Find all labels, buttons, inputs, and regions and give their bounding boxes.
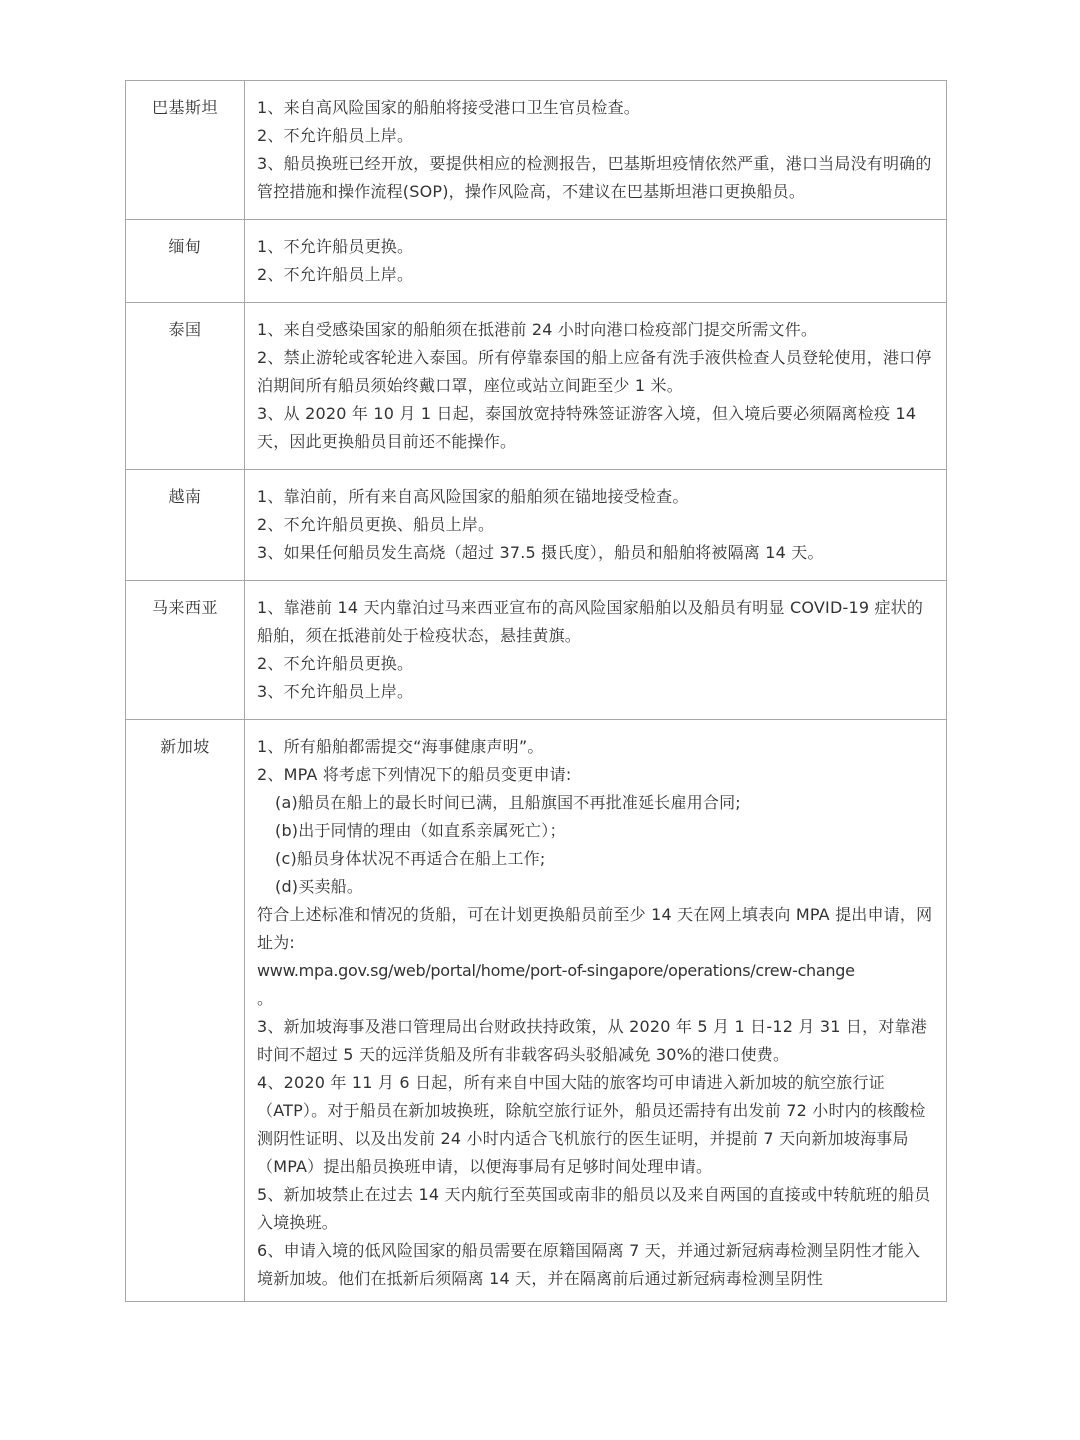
restriction-item: 1、不允许船员更换。 [257, 233, 936, 261]
restriction-item: 1、所有船舶都需提交“海事健康声明”。 [257, 733, 936, 761]
restrictions-cell: 1、不允许船员更换。 2、不允许船员上岸。 [245, 220, 947, 303]
country-cell: 巴基斯坦 [126, 81, 245, 220]
restriction-item: 6、申请入境的低风险国家的船员需要在原籍国隔离 7 天，并通过新冠病毒检测呈阴性… [257, 1237, 936, 1293]
restriction-item: 3、船员换班已经开放，要提供相应的检测报告，巴基斯坦疫情依然严重，港口当局没有明… [257, 150, 936, 206]
restriction-item: 3、如果任何船员发生高烧（超过 37.5 摄氏度），船员和船舶将被隔离 14 天… [257, 539, 936, 567]
restriction-item: 1、来自高风险国家的船舶将接受港口卫生官员检查。 [257, 94, 936, 122]
restriction-item: 3、不允许船员上岸。 [257, 678, 936, 706]
restrictions-cell: 1、来自受感染国家的船舶须在抵港前 24 小时向港口检疫部门提交所需文件。 2、… [245, 303, 947, 470]
country-cell: 泰国 [126, 303, 245, 470]
table-row-malaysia: 马来西亚 1、靠港前 14 天内靠泊过马来西亚宣布的高风险国家船舶以及船员有明显… [126, 581, 947, 720]
restrictions-cell: 1、所有船舶都需提交“海事健康声明”。 2、MPA 将考虑下列情况下的船员变更申… [245, 720, 947, 1302]
restriction-item: 4、2020 年 11 月 6 日起，所有来自中国大陆的旅客均可申请进入新加坡的… [257, 1069, 936, 1181]
country-cell: 新加坡 [126, 720, 245, 1302]
restrictions-cell: 1、来自高风险国家的船舶将接受港口卫生官员检查。 2、不允许船员上岸。 3、船员… [245, 81, 947, 220]
restriction-item: 3、从 2020 年 10 月 1 日起，泰国放宽持特殊签证游客入境，但入境后要… [257, 400, 936, 456]
restriction-item: 2、禁止游轮或客轮进入泰国。所有停靠泰国的船上应备有洗手液供检查人员登轮使用，港… [257, 344, 936, 400]
condition-item-c: (c)船员身体状况不再适合在船上工作; [257, 845, 936, 873]
restriction-item: 1、靠港前 14 天内靠泊过马来西亚宣布的高风险国家船舶以及船员有明显 COVI… [257, 594, 936, 650]
restriction-item: 2、不允许船员更换。 [257, 650, 936, 678]
country-cell: 缅甸 [126, 220, 245, 303]
restriction-item: 2、不允许船员更换、船员上岸。 [257, 511, 936, 539]
restrictions-cell: 1、靠泊前，所有来自高风险国家的船舶须在锚地接受检查。 2、不允许船员更换、船员… [245, 470, 947, 581]
restriction-item: 2、不允许船员上岸。 [257, 122, 936, 150]
url-period: 。 [257, 985, 936, 1013]
condition-item-b: (b)出于同情的理由（如直系亲属死亡）； [257, 817, 936, 845]
table-row-myanmar: 缅甸 1、不允许船员更换。 2、不允许船员上岸。 [126, 220, 947, 303]
restriction-item: 1、靠泊前，所有来自高风险国家的船舶须在锚地接受检查。 [257, 483, 936, 511]
country-cell: 马来西亚 [126, 581, 245, 720]
application-text: 符合上述标准和情况的货船，可在计划更换船员前至少 14 天在网上填表向 MPA … [257, 901, 936, 957]
restriction-item: 3、新加坡海事及港口管理局出台财政扶持政策，从 2020 年 5 月 1 日-1… [257, 1013, 936, 1069]
restrictions-cell: 1、靠港前 14 天内靠泊过马来西亚宣布的高风险国家船舶以及船员有明显 COVI… [245, 581, 947, 720]
restriction-item: 2、不允许船员上岸。 [257, 261, 936, 289]
restriction-item: 2、MPA 将考虑下列情况下的船员变更申请: [257, 761, 936, 789]
table-row-vietnam: 越南 1、靠泊前，所有来自高风险国家的船舶须在锚地接受检查。 2、不允许船员更换… [126, 470, 947, 581]
restriction-item: 5、新加坡禁止在过去 14 天内航行至英国或南非的船员以及来自两国的直接或中转航… [257, 1181, 936, 1237]
table-row-thailand: 泰国 1、来自受感染国家的船舶须在抵港前 24 小时向港口检疫部门提交所需文件。… [126, 303, 947, 470]
port-restrictions-table: 巴基斯坦 1、来自高风险国家的船舶将接受港口卫生官员检查。 2、不允许船员上岸。… [125, 80, 947, 1302]
condition-item-a: (a)船员在船上的最长时间已满，且船旗国不再批准延长雇用合同; [257, 789, 936, 817]
condition-item-d: (d)买卖船。 [257, 873, 936, 901]
restriction-item: 1、来自受感染国家的船舶须在抵港前 24 小时向港口检疫部门提交所需文件。 [257, 316, 936, 344]
mpa-crew-change-link[interactable]: www.mpa.gov.sg/web/portal/home/port-of-s… [257, 957, 936, 985]
table-row-pakistan: 巴基斯坦 1、来自高风险国家的船舶将接受港口卫生官员检查。 2、不允许船员上岸。… [126, 81, 947, 220]
table-row-singapore: 新加坡 1、所有船舶都需提交“海事健康声明”。 2、MPA 将考虑下列情况下的船… [126, 720, 947, 1302]
country-cell: 越南 [126, 470, 245, 581]
